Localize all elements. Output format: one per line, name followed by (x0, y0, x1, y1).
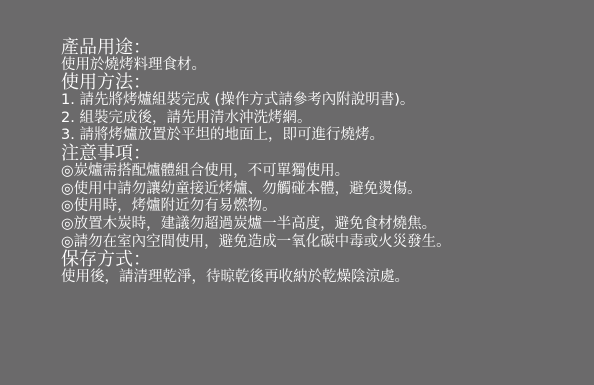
caution-item-4: ◎放置木炭時，建議勿超過炭爐一半高度，避免食材燒焦。 (61, 216, 451, 234)
purpose-heading: 產品用途： (61, 39, 451, 57)
usage-step-1: 1. 請先將烤爐組裝完成 (操作方式請參考內附說明書)。 (61, 92, 451, 110)
usage-heading: 使用方法： (61, 74, 451, 92)
caution-item-1: ◎炭爐需搭配爐體組合使用，不可單獨使用。 (61, 163, 451, 181)
caution-item-2: ◎使用中請勿讓幼童接近烤爐、勿觸碰本體，避免燙傷。 (61, 181, 451, 199)
product-instructions: 產品用途： 使用於燒烤料理食材。 使用方法： 1. 請先將烤爐組裝完成 (操作方… (61, 39, 451, 287)
storage-heading: 保存方式： (61, 251, 451, 269)
cautions-heading: 注意事項： (61, 145, 451, 163)
caution-item-3: ◎使用時，烤爐附近勿有易燃物。 (61, 198, 451, 216)
usage-step-2: 2. 組裝完成後，請先用清水沖洗烤網。 (61, 110, 451, 128)
storage-text: 使用後，請清理乾淨，待晾乾後再收納於乾燥陰涼處。 (61, 269, 451, 287)
